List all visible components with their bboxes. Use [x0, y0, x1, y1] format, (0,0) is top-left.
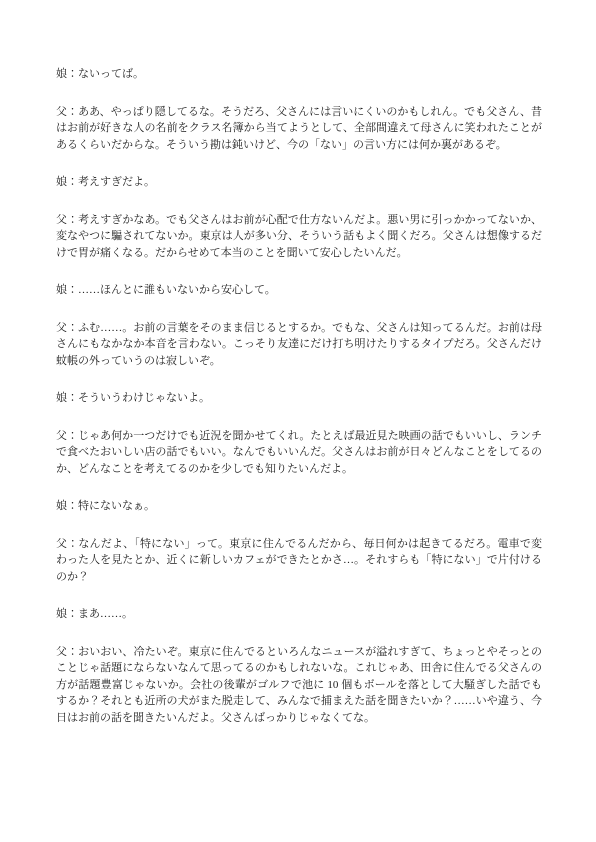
dialogue-line: 父：考えすぎかなあ。でも父さんはお前が心配で仕方ないんだよ。悪い男に引っかかって… [56, 212, 542, 262]
dialogue-line: 父：なんだよ、「特にない」って。東京に住んでるんだから、毎日何かは起きてるだろ。… [56, 536, 542, 586]
dialogue-line: 父：ああ、やっぱり隠してるな。そうだろ、父さんには言いにくいのかもしれん。でも父… [56, 104, 542, 154]
dialogue-line: 娘：考えすぎだよ。 [56, 174, 542, 191]
speaker-label: 娘 [56, 284, 67, 296]
speaker-label: 父 [56, 430, 67, 442]
speaker-separator: ： [67, 538, 78, 550]
dialogue-text: そういうわけじゃないよ。 [78, 392, 210, 404]
speaker-separator: ： [67, 608, 78, 620]
speaker-separator: ： [67, 322, 78, 334]
speaker-separator: ： [67, 106, 78, 118]
speaker-separator: ： [67, 430, 78, 442]
speaker-separator: ： [67, 500, 78, 512]
document-page: 娘：ないってば。 父：ああ、やっぱり隠してるな。そうだろ、父さんには言いにくいの… [0, 0, 596, 842]
dialogue-line: 娘：まあ……。 [56, 606, 542, 623]
dialogue-text: ……ほんとに誰もいないから安心して。 [78, 284, 276, 296]
speaker-label: 娘 [56, 500, 67, 512]
speaker-label: 娘 [56, 392, 67, 404]
speaker-label: 父 [56, 646, 67, 658]
speaker-label: 父 [56, 214, 67, 226]
dialogue-line: 父：ふむ……。お前の言葉をそのまま信じるとするか。でもな、父さんは知ってるんだ。… [56, 320, 542, 370]
dialogue-line: 娘：特にないなぁ。 [56, 498, 542, 515]
speaker-separator: ： [67, 646, 78, 658]
dialogue-line: 娘：……ほんとに誰もいないから安心して。 [56, 282, 542, 299]
dialogue-line: 娘：ないってば。 [56, 66, 542, 83]
speaker-separator: ： [67, 214, 78, 226]
dialogue-text: ふむ……。お前の言葉をそのまま信じるとするか。でもな、父さんは知ってるんだ。お前… [56, 322, 542, 367]
dialogue-line: 父：おいおい、冷たいぞ。東京に住んでるといろんなニュースが溢れすぎて、ちょっとや… [56, 644, 542, 727]
speaker-separator: ： [67, 392, 78, 404]
speaker-label: 娘 [56, 68, 67, 80]
speaker-label: 娘 [56, 176, 67, 188]
dialogue-text: ああ、やっぱり隠してるな。そうだろ、父さんには言いにくいのかもしれん。でも父さん… [56, 106, 542, 151]
speaker-label: 父 [56, 106, 67, 118]
speaker-label: 父 [56, 322, 67, 334]
dialogue-text: まあ……。 [78, 608, 133, 620]
dialogue-text: なんだよ、「特にない」って。東京に住んでるんだから、毎日何かは起きてるだろ。電車… [56, 538, 542, 583]
dialogue-text: 考えすぎかなあ。でも父さんはお前が心配で仕方ないんだよ。悪い男に引っかかってない… [56, 214, 542, 259]
dialogue-line: 父：じゃあ何か一つだけでも近況を聞かせてくれ。たとえば最近見た映画の話でもいいし… [56, 428, 542, 478]
dialogue-line: 娘：そういうわけじゃないよ。 [56, 390, 542, 407]
speaker-separator: ： [67, 68, 78, 80]
speaker-separator: ： [67, 176, 78, 188]
speaker-label: 父 [56, 538, 67, 550]
dialogue-text: ないってば。 [78, 68, 144, 80]
dialogue-text: おいおい、冷たいぞ。東京に住んでるといろんなニュースが溢れすぎて、ちょっとやそっ… [56, 646, 542, 724]
speaker-label: 娘 [56, 608, 67, 620]
dialogue-text: 特にないなぁ。 [78, 500, 155, 512]
dialogue-text: じゃあ何か一つだけでも近況を聞かせてくれ。たとえば最近見た映画の話でもいいし、ラ… [56, 430, 542, 475]
speaker-separator: ： [67, 284, 78, 296]
dialogue-text: 考えすぎだよ。 [78, 176, 155, 188]
